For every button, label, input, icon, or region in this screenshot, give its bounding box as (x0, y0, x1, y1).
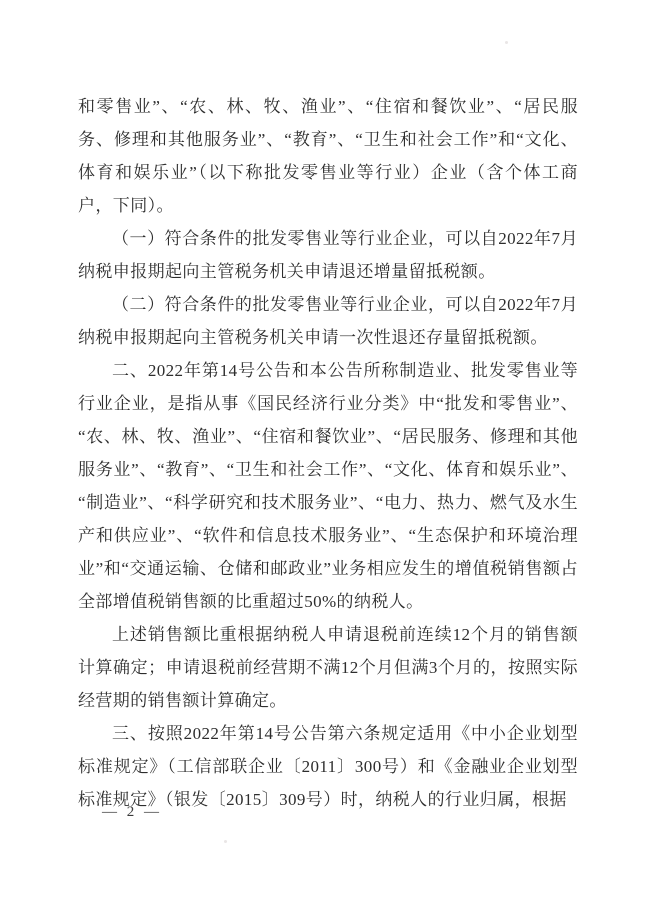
scan-speck (505, 41, 508, 44)
document-body: 和零售业”、“农、林、牧、渔业”、“住宿和餐饮业”、“居民服务、修理和其他服务业… (78, 90, 578, 816)
paragraph-item-1: （一）符合条件的批发零售业等行业企业，可以自2022年7月纳税申报期起向主管税务… (78, 222, 578, 288)
paragraph-item-2: （二）符合条件的批发零售业等行业企业，可以自2022年7月纳税申报期起向主管税务… (78, 288, 578, 354)
paragraph-sales-ratio-note: 上述销售额比重根据纳税人申请退税前连续12个月的销售额计算确定；申请退税前经营期… (78, 618, 578, 717)
paragraph-continuation: 和零售业”、“农、林、牧、渔业”、“住宿和餐饮业”、“居民服务、修理和其他服务业… (78, 90, 578, 222)
paragraph-article-3: 三、按照2022年第14号公告第六条规定适用《中小企业划型标准规定》（工信部联企… (78, 717, 578, 816)
scanned-document-page: 和零售业”、“农、林、牧、渔业”、“住宿和餐饮业”、“居民服务、修理和其他服务业… (0, 0, 651, 915)
scan-speck (224, 840, 227, 843)
page-number: — 2 — (102, 804, 162, 821)
paragraph-article-2: 二、2022年第14号公告和本公告所称制造业、批发零售业等行业企业，是指从事《国… (78, 354, 578, 618)
